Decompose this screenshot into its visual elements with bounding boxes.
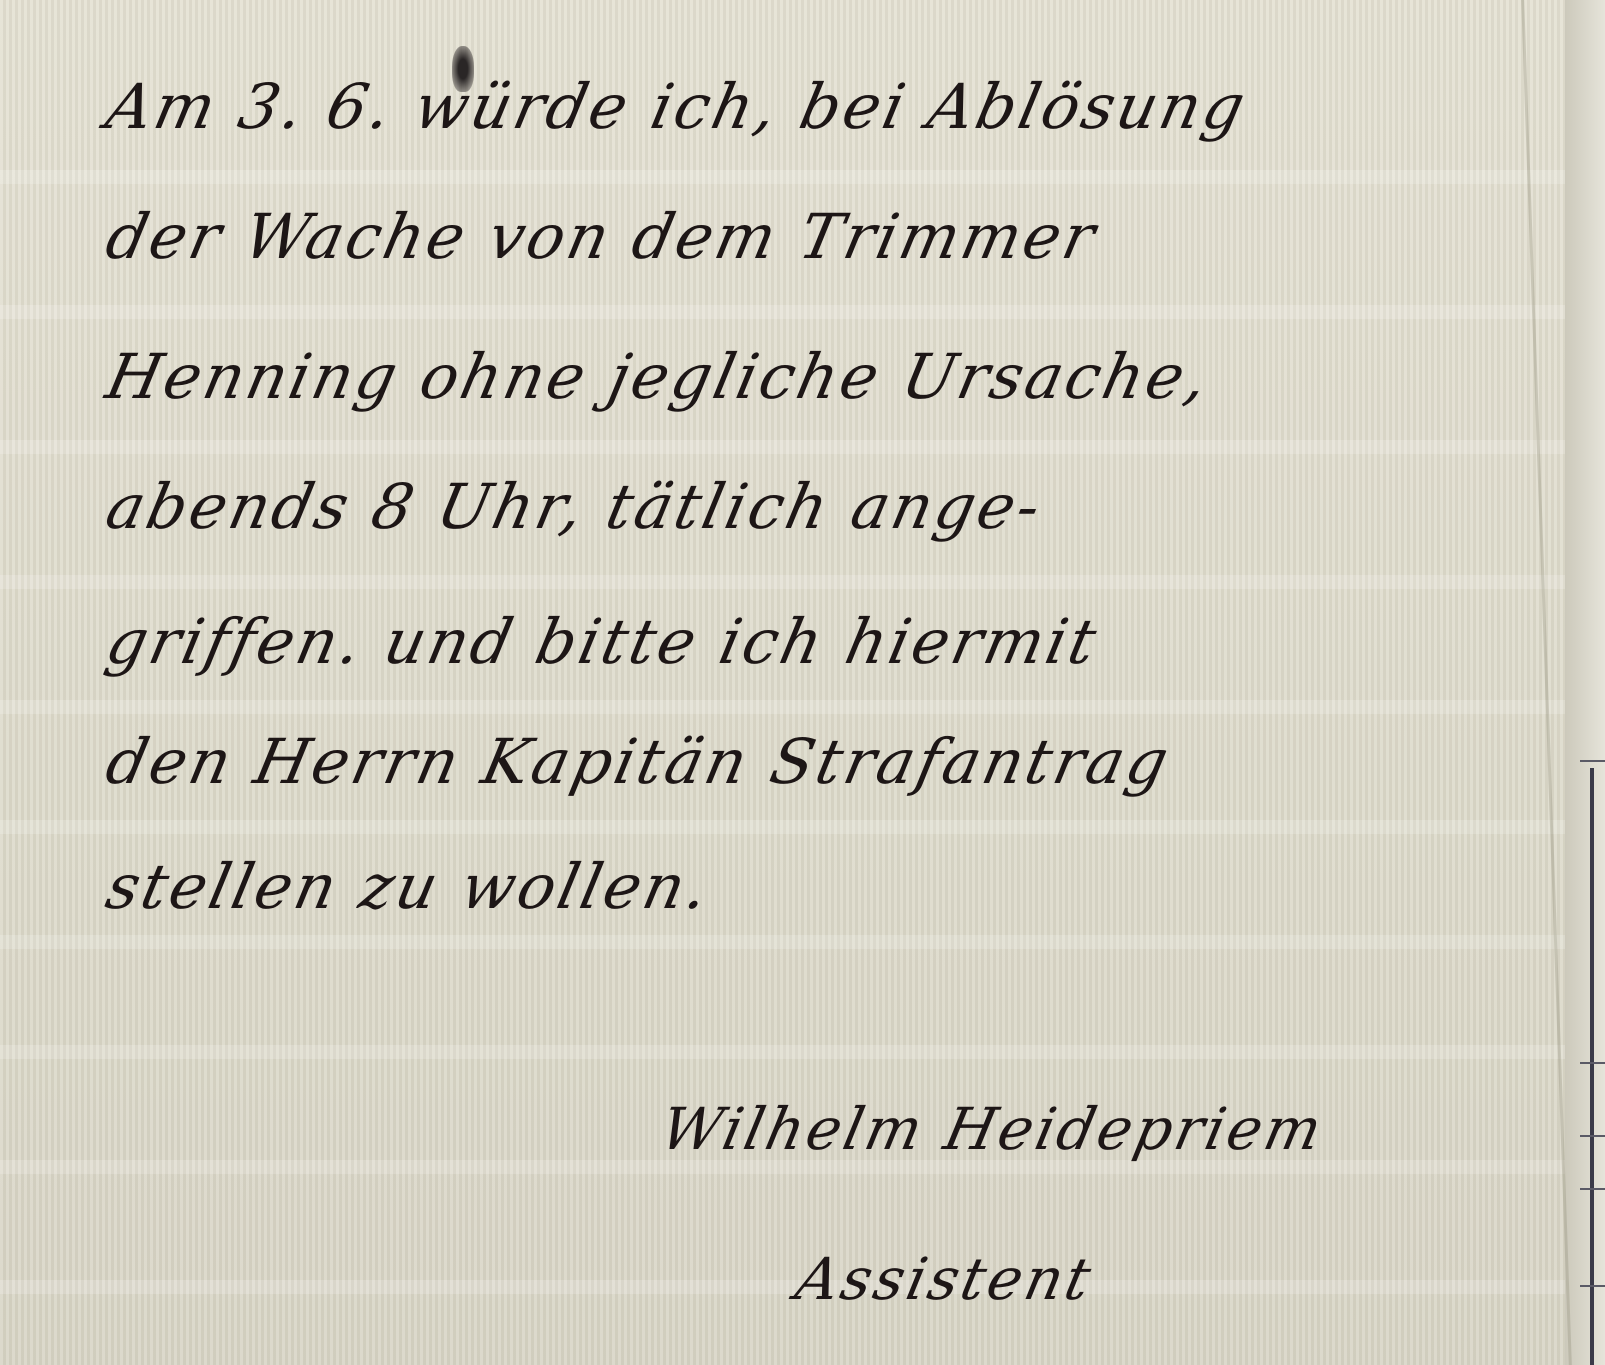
paper-band [0, 1280, 1565, 1294]
signature-name: Wilhelm Heidepriem [655, 1095, 1330, 1163]
paper-band [0, 305, 1565, 319]
ledger-tick [1580, 1188, 1605, 1190]
letter-line-5: griffen. und bitte ich hiermit [100, 605, 1105, 678]
paper-band [0, 700, 1565, 714]
paper-band [0, 170, 1565, 184]
signature-title: Assistent [790, 1245, 1099, 1313]
paper-sheet: Am 3. 6. würde ich, bei Ablösung der Wac… [0, 0, 1605, 1365]
ledger-tick [1580, 760, 1605, 762]
paper-band [0, 935, 1565, 949]
letter-line-1: Am 3. 6. würde ich, bei Ablösung [100, 70, 1254, 143]
underlying-sheet [1565, 0, 1605, 1365]
paper-band [0, 820, 1565, 834]
ledger-rule-line [1590, 768, 1594, 1365]
letter-line-6: den Herrn Kapitän Strafantrag [100, 725, 1178, 798]
letter-line-4: abends 8 Uhr, tätlich ange- [100, 470, 1050, 543]
paper-band [0, 575, 1565, 589]
letter-line-2: der Wache von dem Trimmer [100, 200, 1104, 273]
ledger-tick [1580, 1062, 1605, 1064]
letter-line-7: stellen zu wollen. [100, 850, 718, 923]
ledger-tick [1580, 1135, 1605, 1137]
paper-band [0, 440, 1565, 454]
paper-band [0, 1045, 1565, 1059]
ledger-tick [1580, 1285, 1605, 1287]
letter-line-3: Henning ohne jegliche Ursache, [100, 340, 1217, 413]
